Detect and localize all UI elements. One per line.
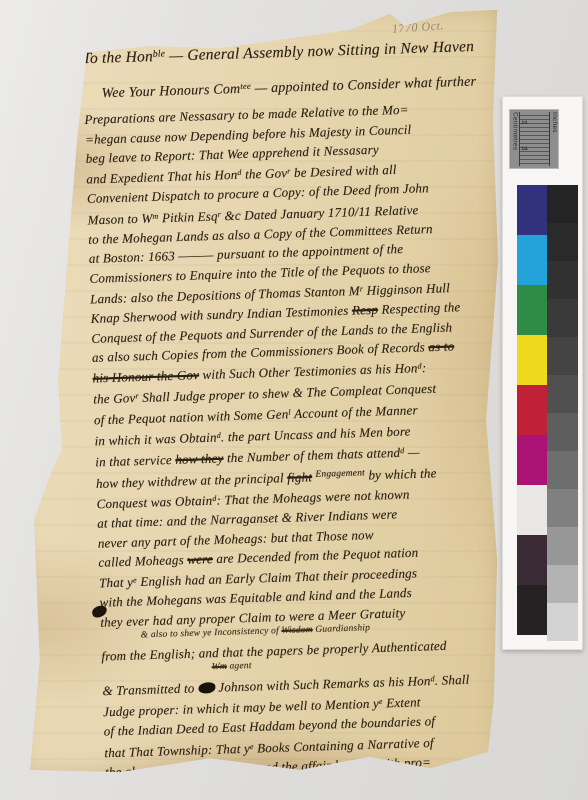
manuscript-segment: Guardianship	[313, 624, 371, 636]
color-patch-black	[517, 585, 547, 635]
manuscript-segment: & Transmitted to	[102, 681, 198, 699]
manuscript-segment: in which it was Obtain	[94, 430, 217, 449]
manuscript-segment: Wee Your Honours Com	[101, 82, 240, 101]
gray-step-6	[547, 375, 578, 413]
ruler-patch: Centimetres 1 2 Inches	[510, 110, 558, 168]
manuscript-segment: fight	[287, 469, 312, 485]
manuscript-segment: —	[404, 445, 420, 460]
manuscript-segment: That y	[99, 575, 134, 591]
manuscript-segment: and Expedient That his Hon	[86, 167, 237, 187]
gray-step-8	[547, 451, 578, 489]
manuscript-segment: Conquest was Obtain	[96, 493, 212, 512]
manuscript-segment: =ceeded	[447, 772, 494, 788]
color-patch-cyan	[517, 235, 547, 285]
color-patch-white	[517, 485, 547, 535]
manuscript-segment: Extent	[382, 695, 420, 711]
manuscript-segment: Inconsistency of	[212, 626, 282, 638]
ruler-number: 1	[521, 120, 528, 124]
manuscript-segment: called Moheags	[98, 552, 187, 570]
color-patch-green	[517, 285, 547, 335]
color-column	[517, 185, 547, 635]
color-patch-blue	[517, 185, 547, 235]
ruler-scale: 1 2	[519, 112, 550, 166]
manuscript-segment: the Gov	[241, 166, 287, 182]
gray-step-2	[547, 223, 578, 261]
gray-step-7	[547, 413, 578, 451]
color-patch-red	[517, 385, 547, 435]
manuscript-segment: :	[422, 360, 427, 375]
manuscript-line: =ceeded	[105, 769, 519, 800]
manuscript-segment: be Desired with all	[290, 162, 396, 180]
gray-step-4	[547, 299, 578, 337]
grayscale-column	[547, 185, 578, 641]
manuscript-segment: Engagement	[315, 468, 365, 480]
manuscript-segment: . Shall	[435, 672, 470, 688]
manuscript-segment: how they	[175, 451, 224, 468]
manuscript-segment: To the Hon	[82, 48, 153, 67]
manuscript-segment: Wm	[212, 662, 227, 672]
manuscript-segment: & also to shew y	[141, 629, 208, 641]
manuscript-segment: — appointed to Consider what further	[251, 75, 477, 97]
color-patch-magenta	[517, 435, 547, 485]
manuscript-paper: 1770 Oct. To the Honble — General Assemb…	[20, 6, 502, 776]
photo-background: 1770 Oct. To the Honble — General Assemb…	[0, 0, 588, 800]
manuscript-segment: the Gov	[93, 391, 136, 407]
manuscript-segment: were	[187, 551, 213, 567]
gray-step-1	[547, 185, 578, 223]
manuscript-segment: Mason to W	[87, 210, 152, 227]
manuscript-segment: by which the	[365, 465, 437, 482]
ink-blot	[198, 682, 215, 694]
manuscript-segment: Wisdom	[281, 625, 313, 636]
gray-step-11	[547, 565, 578, 603]
ruler-label-centimetres: Centimetres	[510, 110, 519, 168]
ruler-label-inches: Inches	[550, 110, 559, 168]
manuscript-segment: Respecting the	[378, 299, 461, 317]
manuscript-segment: Account of the Manner	[291, 403, 418, 422]
manuscript-segment: Higginson Hull	[363, 280, 450, 298]
manuscript-segment: agent	[227, 661, 252, 672]
color-calibration-target: Centimetres 1 2 Inches	[502, 96, 583, 650]
gray-step-12	[547, 603, 578, 641]
color-patch-dark-maroon	[517, 535, 547, 585]
manuscript-segment: in that service	[95, 452, 176, 470]
color-patch-yellow	[517, 335, 547, 385]
gray-step-10	[547, 527, 578, 565]
manuscript-segment: Resp	[352, 302, 379, 318]
gray-step-5	[547, 337, 578, 375]
manuscript-segment: his Honour the Gov	[92, 367, 199, 385]
manuscript-segment: as to	[428, 338, 454, 354]
manuscript-segment: — General Assembly now Sitting in New Ha…	[165, 38, 474, 65]
manuscript-segment: Pitkin Esq	[158, 208, 218, 225]
gray-step-3	[547, 261, 578, 299]
ruler-number: 2	[521, 146, 528, 150]
manuscript-segment: that That Township: That y	[104, 740, 250, 760]
manuscript-text: To the Honble — General Assembly now Sit…	[82, 27, 520, 800]
manuscript-segment: ble	[153, 48, 166, 59]
gray-step-9	[547, 489, 578, 527]
manuscript-segment: the Number of them thats attend	[223, 445, 400, 466]
